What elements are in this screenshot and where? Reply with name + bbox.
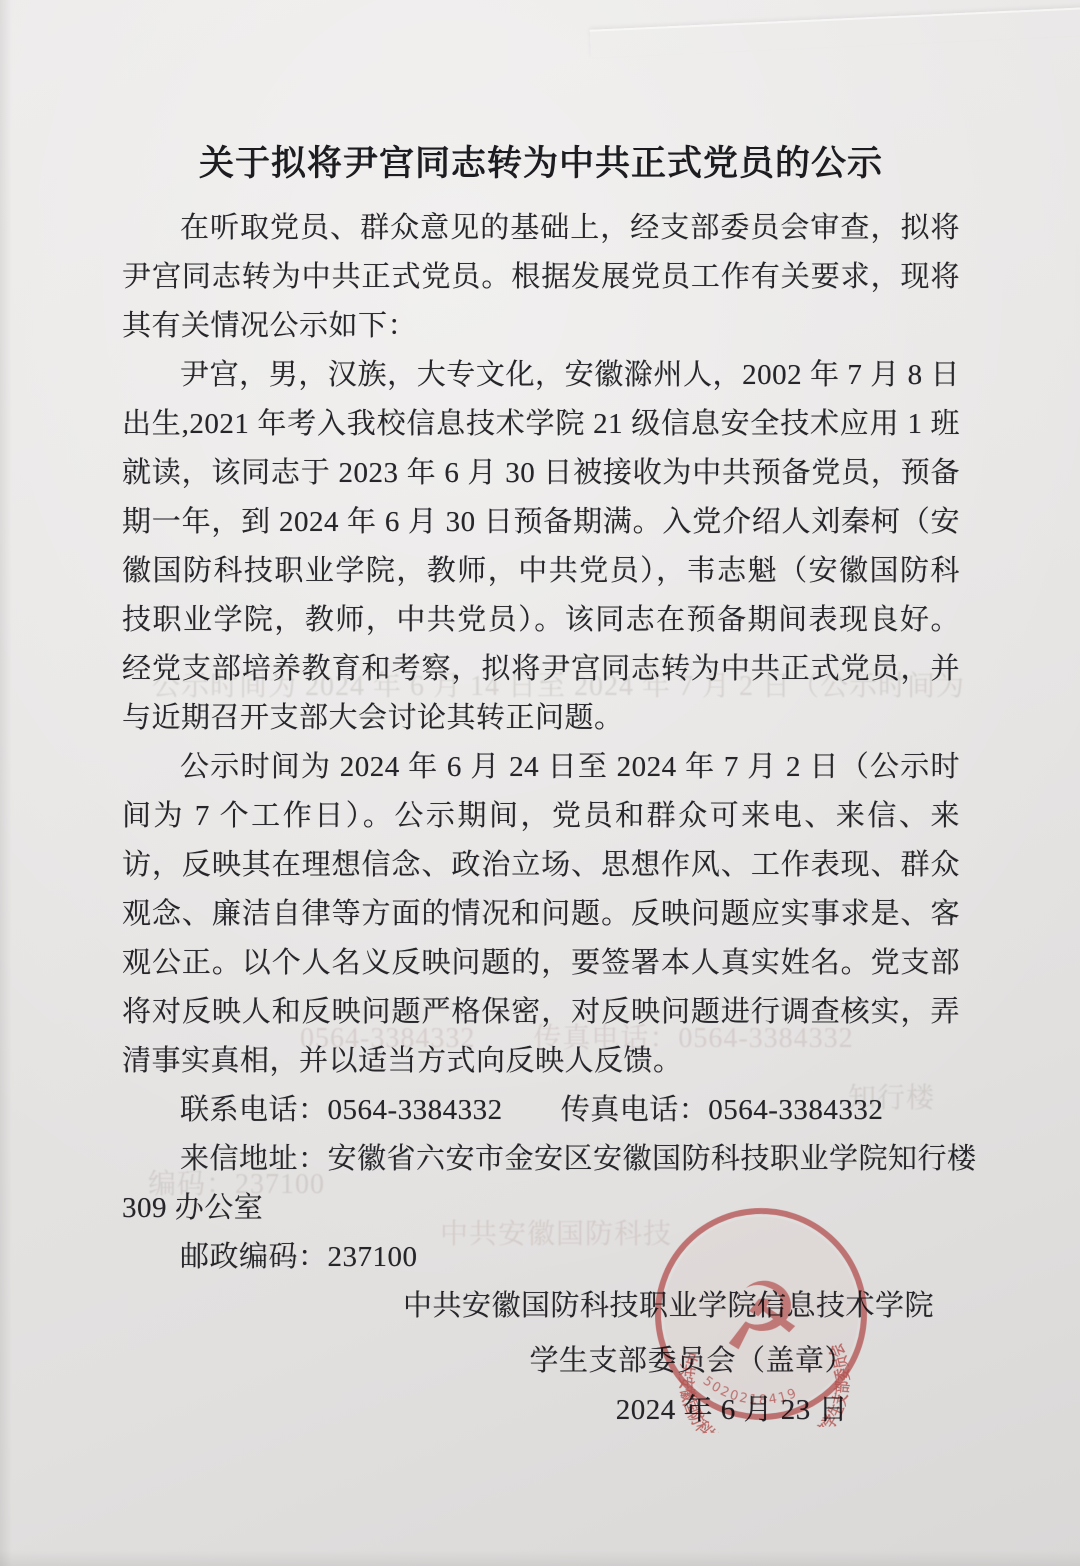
postcode-value: 237100 [328,1241,418,1273]
paragraph-publicity-period: 公示时间为 2024 年 6 月 24 日至 2024 年 7 月 2 日（公示… [122,743,960,1086]
notice-title: 关于拟将尹宫同志转为中共正式党员的公示 [122,138,960,190]
paper-bottom-edge-shadow [0,1550,1080,1566]
seal-graphic: 中共安徽国防科技职业学院信息技术学院学生支部委员会 ☭ 5020218419 [639,1192,883,1436]
fax-number: 0564-3384332 [708,1094,883,1126]
paper-left-edge-shadow [0,0,12,1566]
address-line-1: 来信地址：安徽省六安市金安区安徽国防科技职业学院知行楼 [122,1135,960,1184]
hammer-sickle-icon: ☭ [717,1261,805,1372]
official-seal-stamp: 中共安徽国防科技职业学院信息技术学院学生支部委员会 ☭ 5020218419 [639,1192,883,1436]
paragraph-intro: 在听取党员、群众意见的基础上，经支部委员会审查，拟将尹宫同志转为中共正式党员。根… [122,204,960,351]
postcode-label: 邮政编码： [180,1241,328,1273]
phone-label: 联系电话： [180,1094,328,1126]
contact-line: 联系电话：0564-3384332传真电话：0564-3384332 [122,1086,960,1135]
address-text: 安徽省六安市金安区安徽国防科技职业学院知行楼 [328,1143,977,1175]
address-label: 来信地址： [180,1143,328,1175]
phone-number: 0564-3384332 [328,1094,503,1126]
paper-fold-crease [590,6,1080,58]
paragraph-member-profile: 尹宫，男，汉族，大专文化，安徽滁州人，2002 年 7 月 8 日出生,2021… [122,351,960,743]
document-page: 公示时间为 2024 年 6 月 14 日至 2024 年 7 月 2 日（公示… [0,0,1080,1566]
fax-label: 传真电话： [561,1094,709,1126]
